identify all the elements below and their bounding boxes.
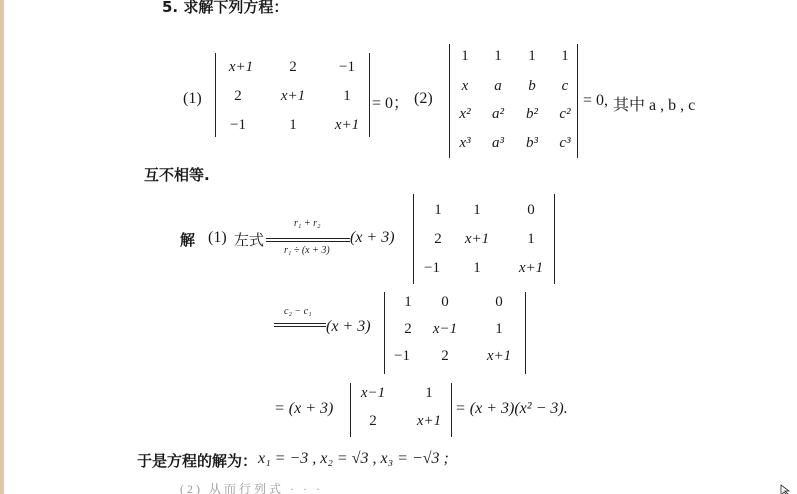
det-cell: 1	[495, 321, 503, 338]
part2-label: (2)	[414, 90, 433, 108]
det-cell: 2	[404, 321, 412, 338]
det-cell: 0	[527, 202, 535, 219]
det-cell: 2	[434, 231, 442, 248]
det-cell: x+1	[487, 348, 511, 365]
det-cell: x+1	[519, 260, 543, 277]
part1-equals: = 0；	[372, 90, 409, 113]
det-cell: −1	[230, 117, 246, 134]
det-cell: 1	[343, 88, 351, 105]
det-cell: 1	[561, 48, 569, 65]
part1-determinant: x+1 2 −1 2 x+1 1 −1 1 x+1	[215, 53, 370, 137]
solution-part-label: (1)	[208, 229, 227, 247]
det-cell: 2	[369, 413, 377, 430]
det-cell: 1	[473, 202, 481, 219]
det-cell: c	[562, 78, 569, 95]
det-cell: 1	[434, 202, 442, 219]
det-cell: 1	[527, 231, 535, 248]
det-cell: 1	[425, 385, 433, 402]
det-cell: a³	[492, 135, 504, 152]
det-cell: b²	[526, 106, 538, 123]
conclusion-solutions: x₁ = −3 , x₂ = √3 , x₃ = −√3 ;	[258, 450, 449, 468]
step3-determinant: x−1 1 2 x+1	[350, 383, 452, 437]
det-cell: x+1	[281, 88, 305, 105]
next-line-partial: (2) 从而行列式 · · ·	[180, 480, 323, 494]
det-cell: −1	[339, 59, 355, 76]
part2-determinant: 1 1 1 1 x a b c x² a² b² c² x³ a³ b³ c³	[449, 44, 578, 158]
step1-determinant: 1 1 0 2 x+1 1 −1 1 x+1	[413, 194, 555, 284]
det-cell: x+1	[335, 117, 359, 134]
det-cell: −1	[394, 348, 410, 365]
det-cell: x	[462, 78, 469, 95]
det-cell: x+1	[465, 231, 489, 248]
det-cell: c³	[559, 135, 570, 152]
det-cell: b	[528, 78, 536, 95]
det-cell: x−1	[361, 385, 385, 402]
det-cell: x³	[459, 135, 470, 152]
det-cell: x+1	[229, 59, 253, 76]
det-cell: x−1	[433, 321, 457, 338]
det-cell: x²	[459, 106, 470, 123]
mouse-cursor-icon	[780, 484, 792, 494]
step2-factor: (x + 3)	[326, 318, 371, 336]
det-cell: 1	[473, 260, 481, 277]
conclusion-label: 于是方程的解为：	[137, 450, 257, 471]
det-cell: 2	[289, 59, 297, 76]
det-cell: a	[494, 78, 502, 95]
solution-label: 解	[180, 229, 195, 250]
step1-operation-top: r₁ + r₂	[294, 218, 320, 229]
solution-lhs: 左式	[234, 229, 264, 250]
page-left-border	[0, 0, 4, 494]
det-cell: 1	[289, 117, 297, 134]
step3-prefix: = (x + 3)	[274, 400, 333, 418]
det-cell: 2	[234, 88, 242, 105]
det-cell: b³	[526, 135, 538, 152]
double-equals-arrow	[274, 323, 326, 327]
det-cell: 1	[528, 48, 536, 65]
det-cell: 2	[441, 348, 449, 365]
step1-operation-bottom: r₁ ÷ (x + 3)	[284, 245, 330, 256]
step2-operation-top: c₂ − c₁	[284, 306, 312, 317]
part1-label: (1)	[183, 90, 202, 108]
part2-condition-continued: 互不相等.	[144, 164, 210, 185]
part2-condition: 其中 a , b , c	[613, 92, 695, 115]
det-cell: 0	[495, 294, 503, 311]
step3-result: = (x + 3)(x² − 3).	[455, 400, 568, 418]
problem-title: 5. 求解下列方程：	[162, 0, 288, 17]
det-cell: a²	[492, 106, 504, 123]
step2-determinant: 1 0 0 2 x−1 1 −1 2 x+1	[384, 292, 526, 374]
det-cell: 1	[404, 294, 412, 311]
part2-equals: = 0,	[583, 92, 608, 110]
det-cell: c²	[559, 106, 570, 123]
det-cell: 0	[441, 294, 449, 311]
det-cell: 1	[461, 48, 469, 65]
step1-factor: (x + 3)	[350, 229, 395, 247]
det-cell: −1	[424, 260, 440, 277]
double-equals-arrow	[266, 238, 350, 242]
det-cell: x+1	[417, 413, 441, 430]
det-cell: 1	[494, 48, 502, 65]
